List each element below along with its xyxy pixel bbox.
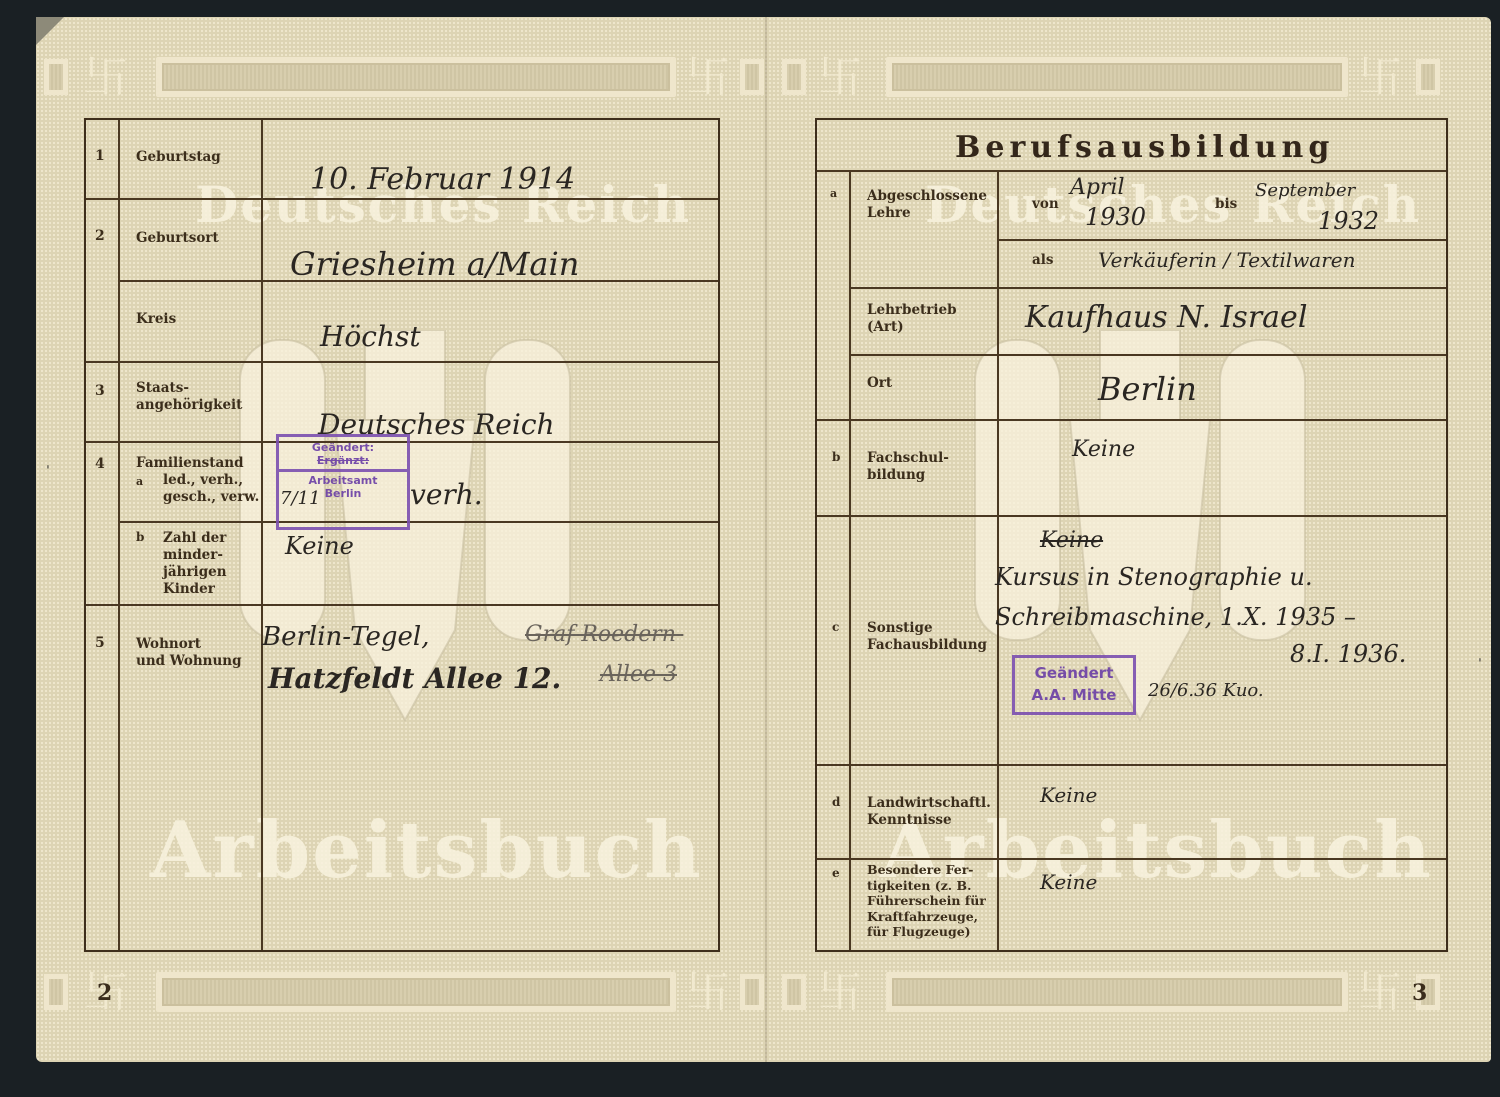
stamp-aa-mitte: Geändert A.A. Mitte — [1012, 655, 1136, 715]
top-ornament-band: 卐 卐 卐 卐 — [40, 53, 1490, 103]
swastika-ornament-icon: 卐 — [686, 55, 728, 101]
value-besondere-fertigkeiten: Keine — [1040, 870, 1097, 894]
value-lehrbetrieb: Kaufhaus N. Israel — [1025, 300, 1307, 335]
swastika-ornament-icon: 卐 — [1358, 55, 1400, 101]
ornament-box — [740, 974, 764, 1010]
value-kinder: Keine — [285, 532, 354, 560]
value-familienstand: verh. — [410, 478, 483, 511]
row-letter: d — [832, 795, 840, 809]
value-geburtstag: 10. Februar 1914 — [310, 162, 575, 197]
label-staatsangehoerigkeit: Staats- angehörigkeit — [136, 380, 242, 414]
ornament-box — [44, 59, 68, 95]
swastika-ornament-icon: 卐 — [686, 970, 728, 1016]
margin-tick: ˌ — [1478, 648, 1482, 664]
row-number: 3 — [95, 383, 105, 399]
value-von-year: 1930 — [1085, 203, 1146, 231]
value-kreis: Höchst — [320, 320, 421, 353]
value-bis-month: September — [1255, 180, 1355, 201]
label-kreis: Kreis — [136, 311, 176, 328]
row-letter: c — [832, 620, 839, 634]
label-kinder: Zahl der minder- jährigen Kinder — [163, 530, 227, 598]
page-number-right: 3 — [1412, 980, 1427, 1006]
label-lehre: Abgeschlossene Lehre — [867, 188, 987, 222]
row-number: 2 — [95, 228, 105, 244]
margin-tick: ˌ — [46, 455, 50, 471]
label-familienstand: Familienstand — [136, 455, 244, 472]
value-bis-year: 1932 — [1318, 207, 1379, 235]
swastika-ornament-icon: 卐 — [818, 970, 860, 1016]
label-landwirtschaft: Landwirtschaftl. Kenntnisse — [867, 795, 991, 829]
label-sonstige: Sonstige Fachausbildung — [867, 620, 987, 654]
label-wohnort: Wohnort und Wohnung — [136, 636, 242, 670]
swastika-ornament-icon: 卐 — [1358, 970, 1400, 1016]
row-letter: a — [830, 187, 837, 200]
value-sonstige-struck: Keine — [1040, 528, 1103, 553]
row-number: 5 — [95, 635, 105, 651]
value-wohnort-line2: Hatzfeldt Allee 12. — [268, 662, 561, 695]
row-number: 1 — [95, 148, 105, 164]
row-letter: b — [832, 450, 840, 464]
ornament-box — [782, 59, 806, 95]
stamp-arbeitsamt-berlin: Geändert: Ergänzt: Arbeitsamt Berlin — [276, 434, 410, 530]
value-wohnort-struck2: Allee 3 — [600, 662, 677, 687]
value-von-month: April — [1070, 175, 1125, 200]
value-sonstige-line2: Schreibmaschine, 1.X. 1935 – — [995, 603, 1356, 631]
value-geburtsort: Griesheim a/Main — [290, 245, 579, 283]
value-sonstige-line3: 8.I. 1936. — [1290, 640, 1406, 668]
label-besondere-fertigkeiten: Besondere Fer- tigkeiten (z. B. Führersc… — [867, 862, 986, 940]
value-wohnort-struck1: Graf Roedern- — [525, 622, 683, 647]
label-geburtstag: Geburtstag — [136, 149, 221, 166]
value-sonstige-line1: Kursus in Stenographie u. — [995, 563, 1313, 591]
page-number-left: 2 — [97, 980, 112, 1006]
value-wohnort-line1: Berlin-Tegel, — [262, 622, 429, 652]
stamp-handwritten-date: 7/11 — [280, 488, 320, 509]
label-geburtsort: Geburtsort — [136, 230, 219, 247]
ornament-box — [1416, 59, 1440, 95]
value-als: Verkäuferin / Textilwaren — [1098, 248, 1356, 272]
swastika-ornament-icon: 卐 — [818, 55, 860, 101]
sub-letter: b — [136, 530, 144, 544]
value-ort: Berlin — [1098, 370, 1197, 408]
row-number: 4 — [95, 456, 105, 472]
section-heading: Berufsausbildung — [955, 130, 1334, 165]
sub-letter: a — [136, 475, 143, 488]
value-fachschulbildung: Keine — [1072, 437, 1135, 462]
label-von: von — [1032, 196, 1059, 213]
ornament-box — [44, 974, 68, 1010]
label-ort: Ort — [867, 375, 892, 392]
value-landwirtschaft: Keine — [1040, 783, 1097, 807]
stamp-note: 26/6.36 Kuo. — [1148, 680, 1264, 701]
label-bis: bis — [1215, 196, 1237, 213]
label-familienstand-options: led., verh., gesch., verw. — [163, 472, 259, 506]
label-lehrbetrieb: Lehrbetrieb (Art) — [867, 302, 957, 336]
ornament-box — [740, 59, 764, 95]
label-als: als — [1032, 252, 1053, 269]
bottom-ornament-band: 卐 卐 卐 卐 — [40, 968, 1490, 1018]
label-fachschulbildung: Fachschul- bildung — [867, 450, 949, 484]
page-gutter — [765, 17, 767, 1062]
row-letter: e — [832, 866, 840, 880]
swastika-ornament-icon: 卐 — [84, 55, 126, 101]
ornament-box — [782, 974, 806, 1010]
